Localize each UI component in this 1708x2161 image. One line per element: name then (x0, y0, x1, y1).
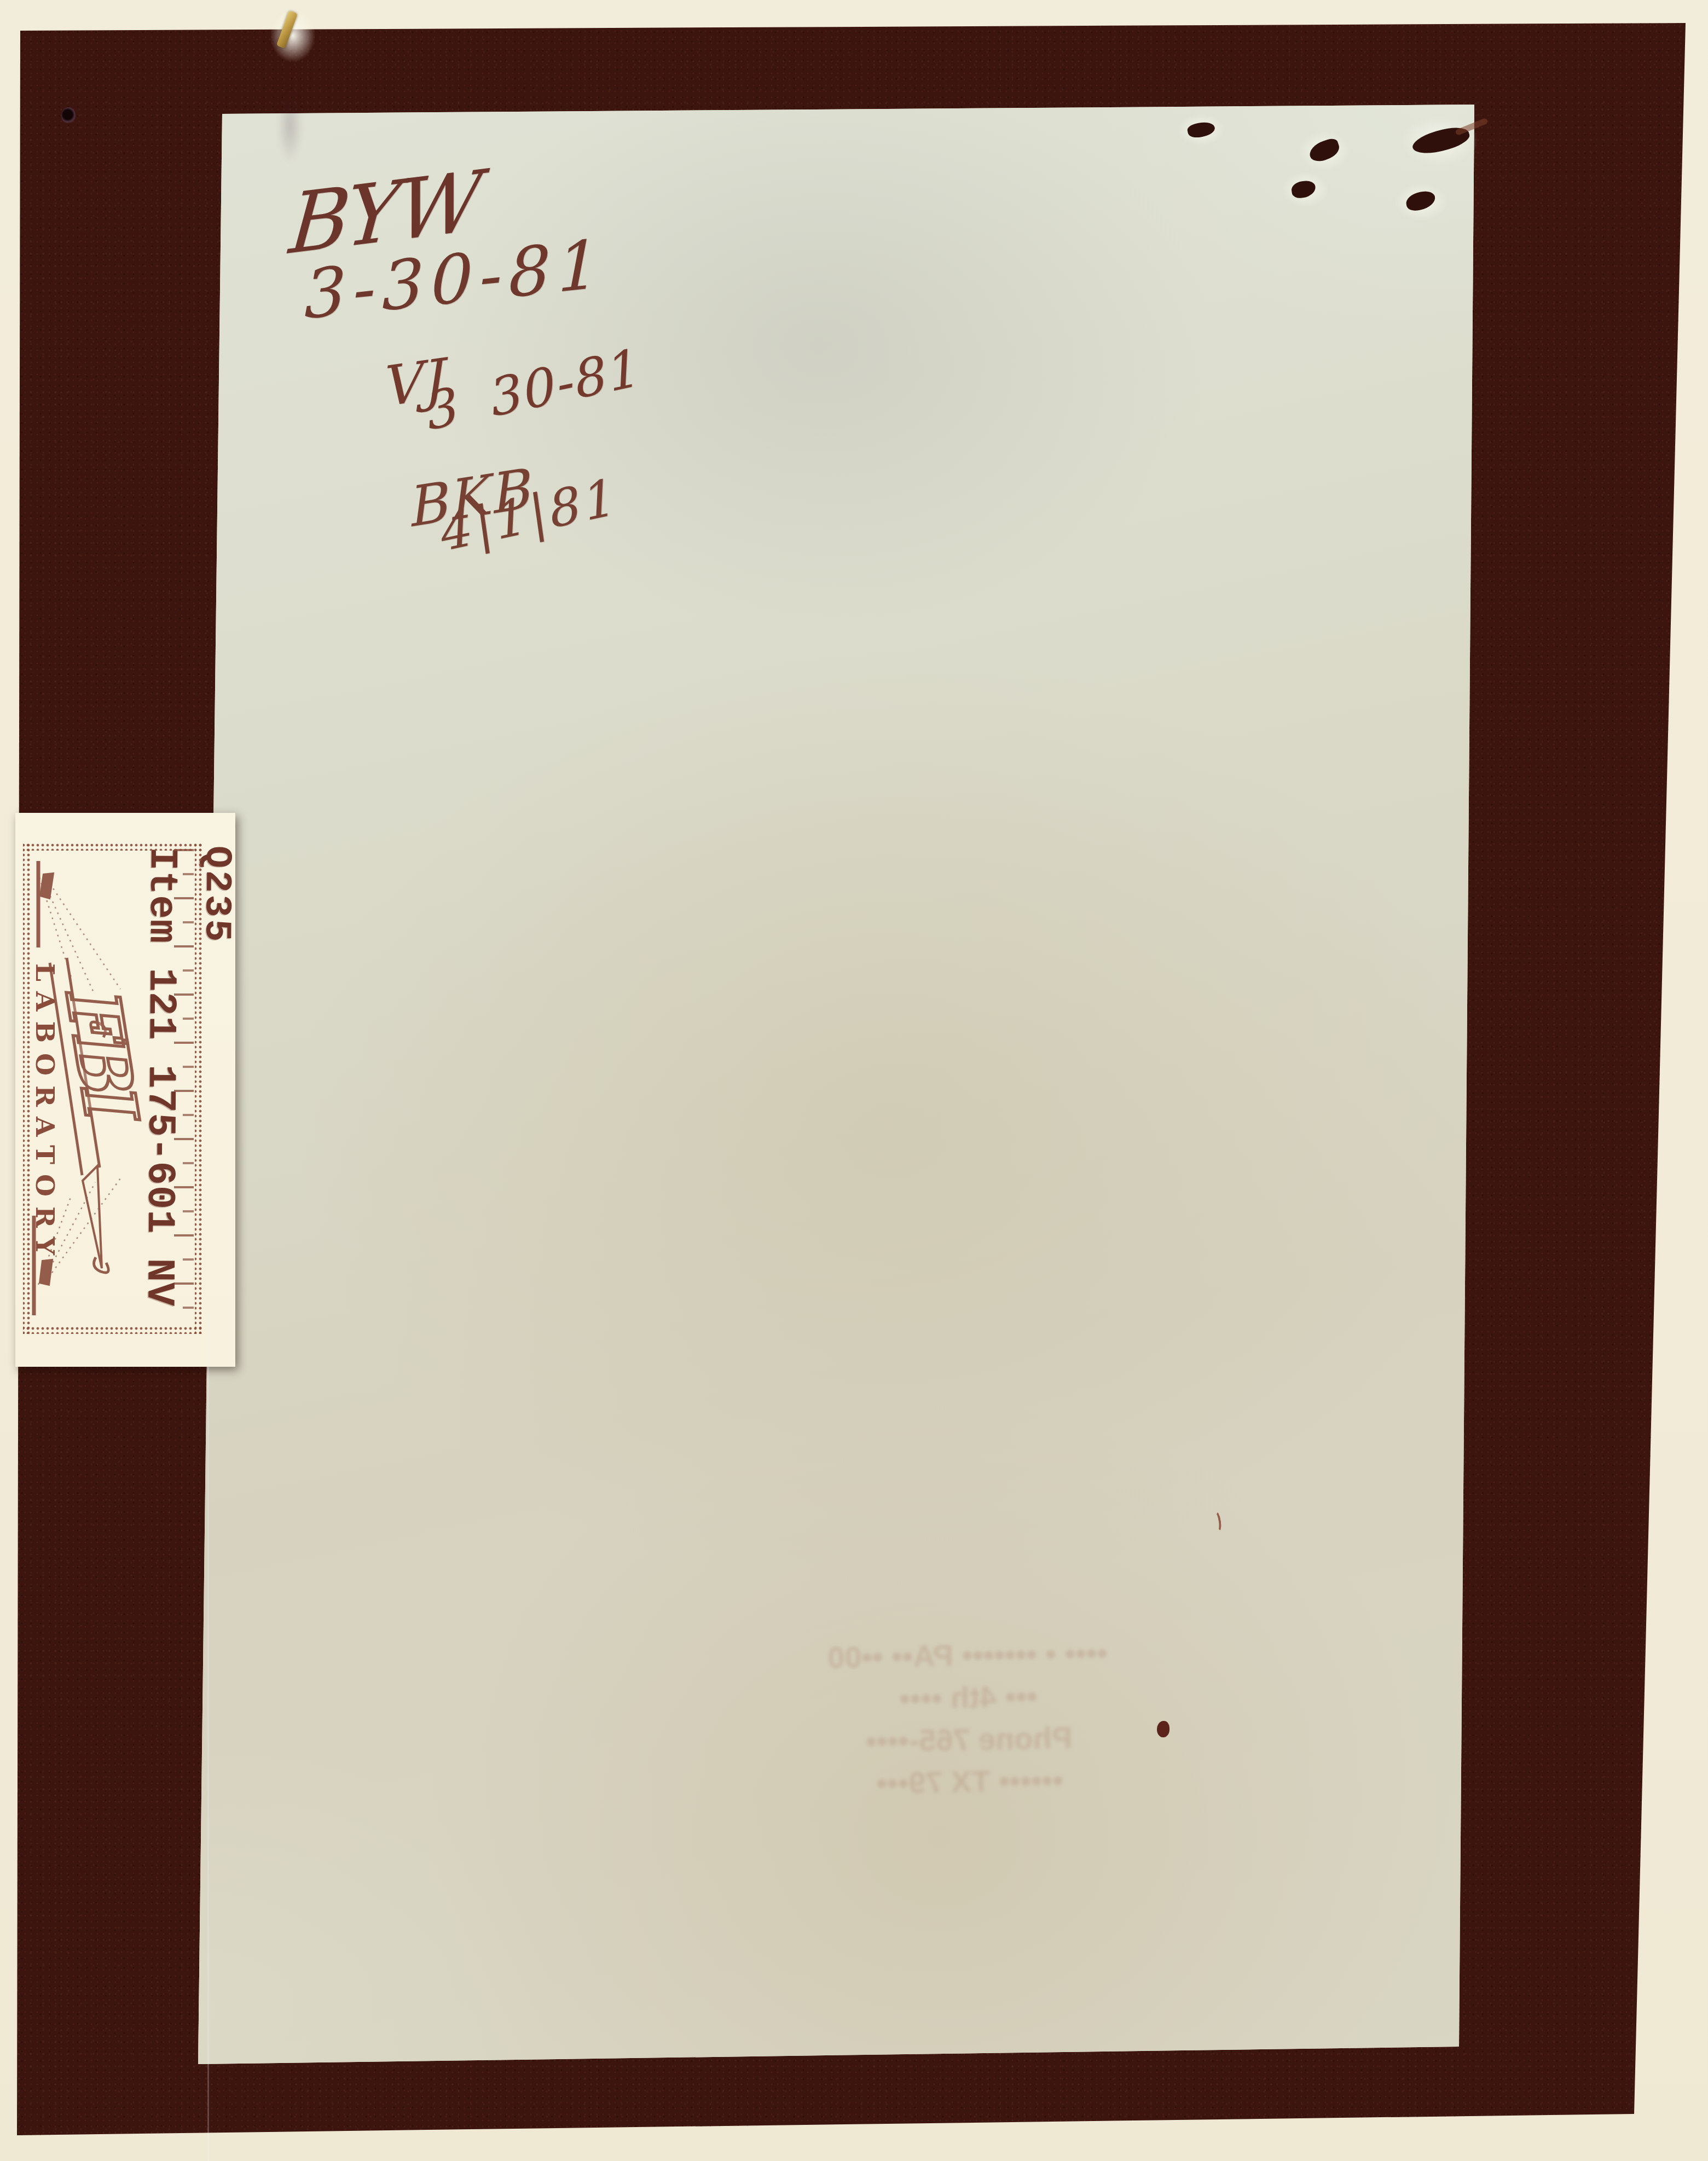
label-agency-text: FBI (48, 987, 155, 1121)
paper-hole-5 (1387, 178, 1456, 226)
staple-halo (263, 0, 323, 71)
paper-hole-1 (1171, 109, 1231, 150)
red-ink-dot (1157, 1721, 1169, 1737)
fbi-lab-label: Q235 Item 121 175-601 NV (15, 813, 235, 1367)
label-dotted-border-top (195, 843, 202, 1334)
staple-smudge (274, 77, 306, 175)
paper-hole-3 (1390, 109, 1489, 172)
label-ruler-ticks-short (183, 849, 194, 1322)
label-laboratory-text: LABORATORY (30, 963, 60, 1265)
evidence-photograph: •••• • ••••••• PA•• ••00 ••• 4th •••• Ph… (0, 0, 1708, 2161)
paper-hole-4 (1275, 167, 1335, 212)
evidence-paper (0, 0, 1708, 2161)
scan-line-artifact (207, 1314, 209, 2161)
bleed-line: •••• • ••••••• PA•• ••00 (759, 1630, 1176, 1679)
fbi-logo-icon: FBI LABORATORY (22, 846, 159, 1338)
fbi-lab-label-content: Q235 Item 121 175-601 NV (15, 813, 235, 1367)
bleed-line: ••• 4th •••• (760, 1672, 1177, 1721)
bleed-line: Phone 765-•••• (761, 1714, 1177, 1764)
bleed-through-text: •••• • ••••••• PA•• ••00 ••• 4th •••• Ph… (759, 1630, 1178, 1806)
mat-pinhole (61, 107, 76, 124)
bleed-line: •••••• TX 79••• (761, 1756, 1178, 1806)
